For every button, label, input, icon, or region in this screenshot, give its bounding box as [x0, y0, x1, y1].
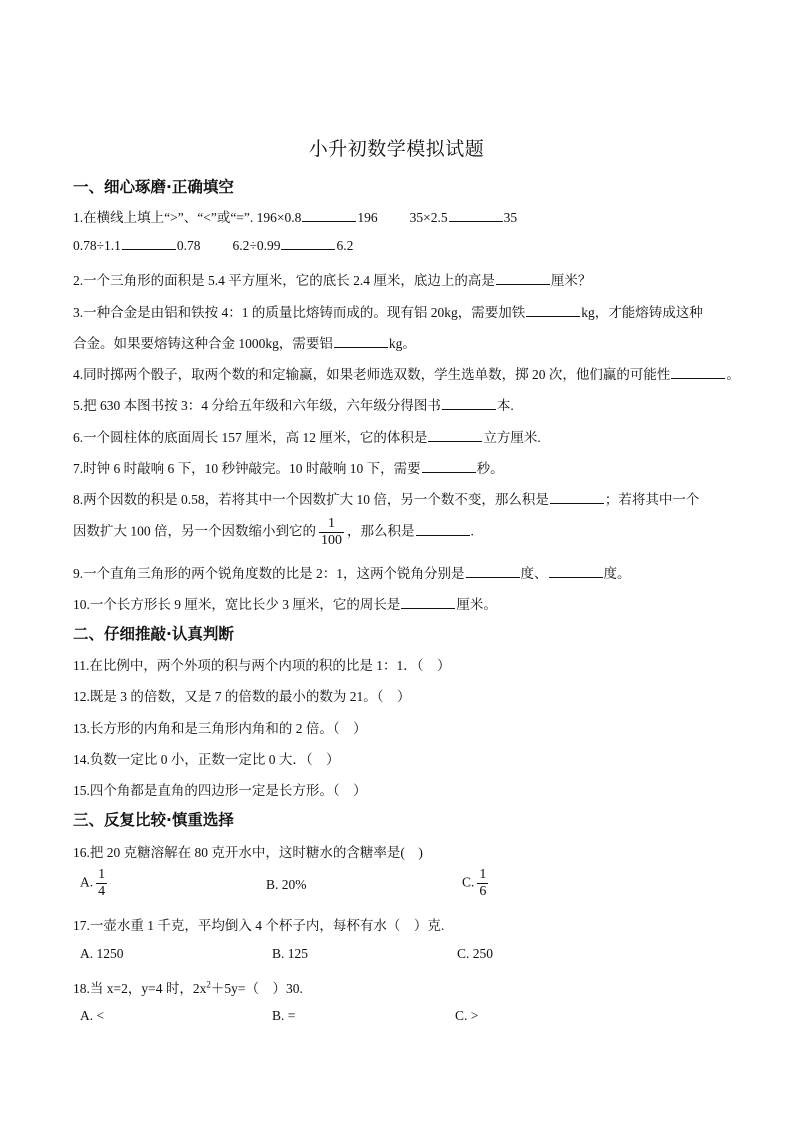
fraction: 1100: [319, 516, 344, 549]
question-1-cont: 0.78÷1.10.786.2÷0.996.2: [73, 237, 353, 254]
answer-blank[interactable]: [401, 596, 455, 609]
answer-blank[interactable]: [281, 237, 335, 250]
question-8: 8.两个因数的积是 0.58，若将其中一个因数扩大 10 倍，另一个数不变，那么…: [73, 488, 699, 508]
question-4: 4.同时掷两个骰子，取两个数的和定输赢，如果老师选双数，学生选单数，掷 20 次…: [73, 363, 740, 383]
option-c[interactable]: C. 250: [457, 946, 493, 962]
question-15: 15.四个角都是直角的四边形一定是长方形。（ ）: [73, 779, 367, 799]
answer-blank[interactable]: [550, 491, 604, 504]
question-9: 9.一个直角三角形的两个锐角度数的比是 2：1，这两个锐角分别是度、度。: [73, 562, 631, 582]
option-a[interactable]: A. <: [80, 1008, 104, 1024]
answer-blank[interactable]: [549, 565, 603, 578]
option-b[interactable]: B. 125: [272, 946, 308, 962]
question-12: 12.既是 3 的倍数，又是 7 的倍数的最小的数为 21。（ ）: [73, 685, 411, 705]
section-3-heading: 三、反复比较·慎重选择: [73, 808, 234, 830]
fraction: 16: [477, 867, 488, 900]
option-b[interactable]: B. =: [272, 1008, 295, 1024]
section-2-heading: 二、仔细推敲·认真判断: [73, 622, 234, 644]
answer-blank[interactable]: [422, 460, 476, 473]
answer-blank[interactable]: [671, 366, 725, 379]
question-8-cont: 因数扩大 100 倍，另一个因数缩小到它的1100，那么积是.: [73, 516, 474, 549]
question-10: 10.一个长方形长 9 厘米，宽比长少 3 厘米，它的周长是厘米。: [73, 593, 497, 613]
answer-blank[interactable]: [466, 565, 520, 578]
question-3-cont: 合金。如果要熔铸这种合金 1000kg，需要铝kg。: [73, 332, 416, 352]
question-11: 11.在比例中，两个外项的积与两个内项的积的比是 1：1．（ ）: [73, 654, 451, 674]
answer-blank[interactable]: [416, 523, 470, 536]
option-a[interactable]: A. 1250: [80, 946, 124, 962]
question-7: 7.时钟 6 时敲响 6 下，10 秒钟敲完。10 时敲响 10 下，需要秒。: [73, 457, 504, 477]
answer-blank[interactable]: [428, 429, 482, 442]
option-c[interactable]: C.16: [462, 867, 491, 900]
option-b[interactable]: B. 20%: [266, 877, 307, 893]
option-a[interactable]: A.14: [80, 867, 110, 900]
fraction: 14: [96, 867, 107, 900]
answer-blank[interactable]: [449, 209, 503, 222]
question-1: 1.在横线上填上“>”、“<”或“=”. 196×0.819635×2.535: [73, 206, 517, 226]
page-title: 小升初数学模拟试题: [0, 134, 793, 161]
answer-blank[interactable]: [496, 272, 550, 285]
answer-blank[interactable]: [122, 237, 176, 250]
question-18: 18.当 x=2，y=4 时，2x2＋5y=（ ）30.: [73, 977, 303, 997]
question-16: 16.把 20 克糖溶解在 80 克开水中，这时糖水的含糖率是( ): [73, 841, 423, 861]
section-1-heading: 一、细心琢磨·正确填空: [73, 175, 234, 197]
question-2: 2.一个三角形的面积是 5.4 平方厘米，它的底长 2.4 厘米，底边上的高是厘…: [73, 269, 591, 289]
answer-blank[interactable]: [442, 397, 496, 410]
answer-blank[interactable]: [302, 209, 356, 222]
option-c[interactable]: C. >: [455, 1008, 478, 1024]
question-14: 14.负数一定比 0 小，正数一定比 0 大．（ ）: [73, 748, 340, 768]
question-17: 17.一壶水重 1 千克，平均倒入 4 个杯子内，每杯有水（ ）克.: [73, 914, 444, 934]
question-3: 3.一种合金是由铝和铁按 4：1 的质量比熔铸而成的。现有铝 20kg，需要加铁…: [73, 301, 703, 321]
question-5: 5.把 630 本图书按 3：4 分给五年级和六年级，六年级分得图书本.: [73, 394, 514, 414]
answer-blank[interactable]: [334, 335, 388, 348]
answer-blank[interactable]: [526, 304, 580, 317]
question-6: 6.一个圆柱体的底面周长 157 厘米，高 12 厘米，它的体积是立方厘米.: [73, 426, 541, 446]
question-13: 13.长方形的内角和是三角形内角和的 2 倍。（ ）: [73, 717, 367, 737]
